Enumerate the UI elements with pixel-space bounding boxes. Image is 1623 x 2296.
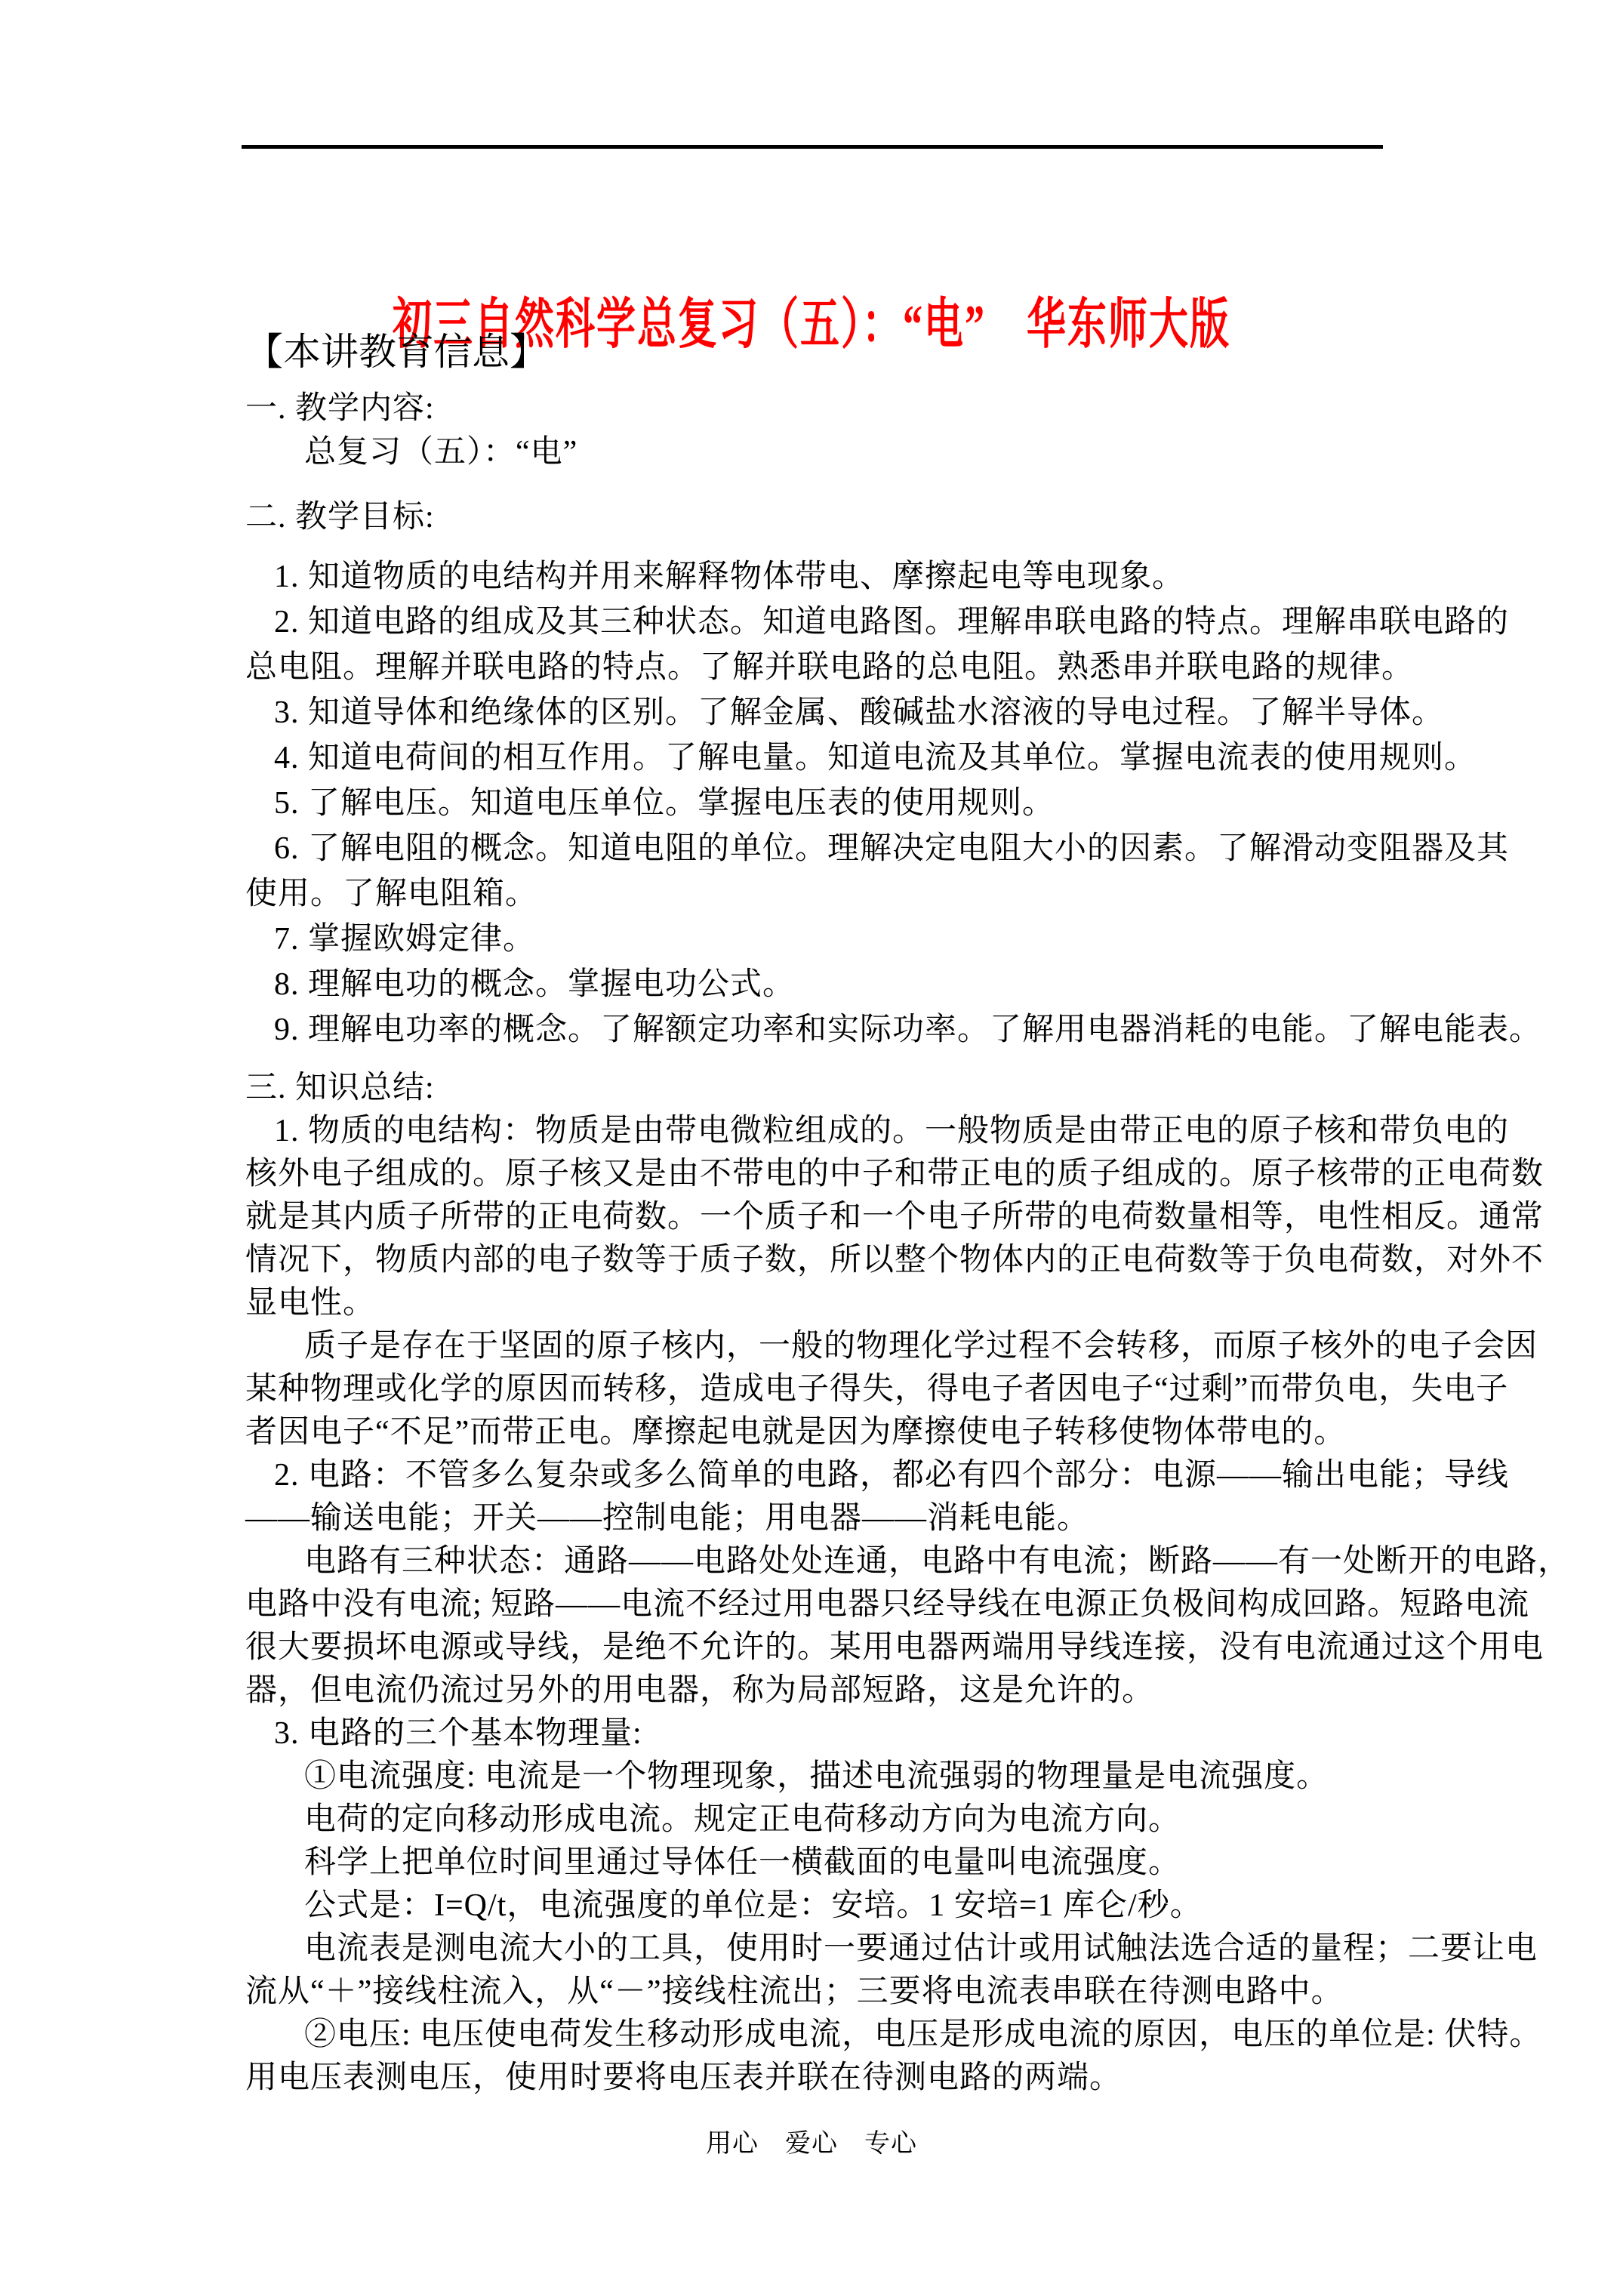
bracket-heading: 【本讲教育信息】 [245,331,547,373]
doc-line: 某种物理或化学的原因而转移，造成电子得失，得电子者因电子“过剩”而带负电，失电子 [245,1368,1387,1411]
doc-line: ①电流强度: 电流是一个物理现象，描述电流强弱的物理量是电流强度。 [245,1755,1387,1798]
doc-line: 用电压表测电压，使用时要将电压表并联在待测电路的两端。 [245,2057,1387,2100]
doc-line: 核外电子组成的。原子核又是由不带电的中子和带正电的质子组成的。原子核带的正电荷数 [245,1153,1387,1196]
goal-item: 8. 理解电功的概念。掌握电功公式。 [245,962,1387,1007]
doc-line: 2. 电路：不管多么复杂或多么简单的电路，都必有四个部分：电源——输出电能；导线 [245,1454,1387,1497]
section-teaching-content: 一. 教学内容: 总复习（五）：“电” [245,387,1387,474]
doc-line: 就是其内质子所带的正电荷数。一个质子和一个电子所带的电荷数量相等，电性相反。通常 [245,1196,1387,1239]
doc-line: 流从“＋”接线柱流入，从“－”接线柱流出；三要将电流表串联在待测电路中。 [245,1971,1387,2014]
title-row: 初三自然科学总复习（五）：“电” 华东师大版 [0,279,1623,336]
section3-heading: 三. 知识总结: [245,1067,1387,1110]
goal-item: 4. 知道电荷间的相互作用。了解电量。知道电流及其单位。掌握电流表的使用规则。 [245,735,1387,781]
goal-item: 5. 了解电压。知道电压单位。掌握电压表的使用规则。 [245,781,1387,826]
doc-line: 质子是存在于坚固的原子核内，一般的物理化学过程不会转移，而原子核外的电子会因 [245,1325,1387,1368]
header-divider-rule [242,145,1383,149]
doc-line: ——输送电能；开关——控制电能；用电器——消耗电能。 [245,1497,1387,1540]
section1-heading: 一. 教学内容: [245,387,1387,430]
section2-heading: 二. 教学目标: [245,495,1387,539]
goal-item-continuation: 总电阻。理解并联电路的特点。了解并联电路的总电阻。熟悉串并联电路的规律。 [245,645,1387,690]
goal-item: 2. 知道电路的组成及其三种状态。知道电路图。理解串联电路的特点。理解串联电路的 [245,599,1387,645]
doc-line: 器，但电流仍流过另外的用电器，称为局部短路，这是允许的。 [245,1669,1387,1712]
section-teaching-goals: 二. 教学目标: 1. 知道物质的电结构并用来解释物体带电、摩擦起电等电现象。 … [245,495,1387,1052]
doc-line: ②电压: 电压使电荷发生移动形成电流，电压是形成电流的原因，电压的单位是: 伏特… [245,2014,1387,2057]
doc-line: 显电性。 [245,1282,1387,1325]
section-knowledge-summary: 三. 知识总结: 1. 物质的电结构：物质是由带电微粒组成的。一般物质是由带正电… [245,1067,1387,2100]
goal-item-continuation: 使用。了解电阻箱。 [245,871,1387,917]
doc-line: 电荷的定向移动形成电流。规定正电荷移动方向为电流方向。 [245,1798,1387,1841]
doc-line: 总复习（五）：“电” [245,430,1387,474]
doc-line: 电路中没有电流; 短路——电流不经过用电器只经导线在电源正负极间构成回路。短路电… [245,1583,1387,1626]
doc-line: 公式是：I=Q/t，电流强度的单位是：安培。1 安培=1 库仑/秒。 [245,1885,1387,1928]
goal-item: 6. 了解电阻的概念。知道电阻的单位。理解决定电阻大小的因素。了解滑动变阻器及其 [245,826,1387,871]
goal-item: 3. 知道导体和绝缘体的区别。了解金属、酸碱盐水溶液的导电过程。了解半导体。 [245,690,1387,735]
footer-text: 用心 爱心 专心 [0,2129,1623,2159]
doc-line: 电路有三种状态：通路——电路处处连通，电路中有电流；断路——有一处断开的电路， [245,1540,1387,1583]
doc-line: 科学上把单位时间里通过导体任一横截面的电量叫电流强度。 [245,1841,1387,1885]
goal-item: 7. 掌握欧姆定律。 [245,917,1387,962]
doc-line: 很大要损坏电源或导线，是绝不允许的。某用电器两端用导线连接，没有电流通过这个用电 [245,1626,1387,1669]
goal-item: 1. 知道物质的电结构并用来解释物体带电、摩擦起电等电现象。 [245,554,1387,599]
doc-line: 电流表是测电流大小的工具，使用时一要通过估计或用试触法选合适的量程；二要让电 [245,1928,1387,1971]
doc-line: 者因电子“不足”而带正电。摩擦起电就是因为摩擦使电子转移使物体带电的。 [245,1411,1387,1454]
doc-line: 1. 物质的电结构：物质是由带电微粒组成的。一般物质是由带正电的原子核和带负电的 [245,1110,1387,1153]
goal-item: 9. 理解电功率的概念。了解额定功率和实际功率。了解用电器消耗的电能。了解电能表… [245,1007,1387,1052]
doc-line: 情况下，物质内部的电子数等于质子数，所以整个物体内的正电荷数等于负电荷数，对外不 [245,1239,1387,1282]
doc-line: 3. 电路的三个基本物理量: [245,1712,1387,1755]
document-page: 初三自然科学总复习（五）：“电” 华东师大版 【本讲教育信息】 一. 教学内容:… [0,0,1623,2296]
